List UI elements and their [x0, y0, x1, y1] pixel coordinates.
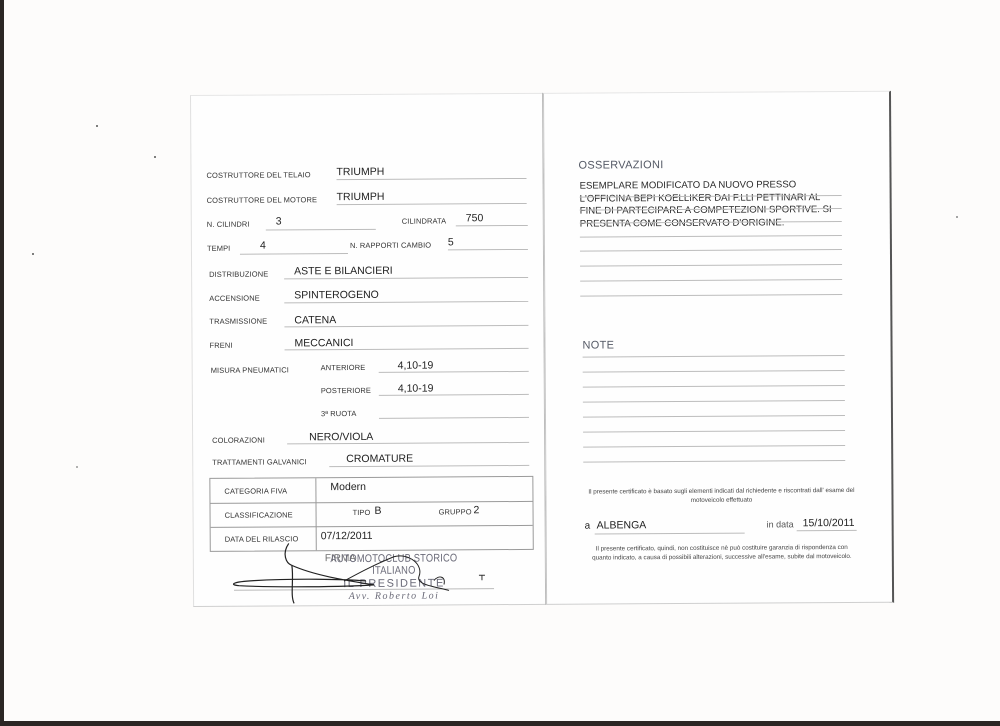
- field-underline: [329, 465, 529, 467]
- distribuzione-value: ASTE E BILANCIERI: [294, 265, 393, 278]
- costruttore-motore-value: TRIUMPH: [337, 191, 385, 203]
- field-underline: [595, 533, 745, 535]
- freni-label: FRENI: [210, 341, 233, 350]
- freni-value: MECCANICI: [294, 337, 353, 349]
- costruttore-motore-label: COSTRUTTORE DEL MOTORE: [207, 195, 317, 205]
- field-underline: [284, 301, 528, 303]
- field-underline: [337, 203, 527, 205]
- ruled-line: [583, 415, 845, 418]
- terza-ruota-label: 3ª RUOTA: [321, 409, 357, 418]
- table-row-categoria-fiva: CATEGORIA FIVA Modern: [210, 477, 532, 504]
- osservazioni-line: FINE DI PARTECIPARE A COMPETEZIONI SPORT…: [580, 204, 850, 218]
- ruled-line: [583, 460, 845, 463]
- field-underline: [379, 371, 529, 373]
- scan-speck: [956, 216, 958, 218]
- cilindrata-label: CILINDRATA: [402, 216, 447, 225]
- field-underline: [266, 229, 376, 231]
- trasmissione-value: CATENA: [294, 314, 336, 326]
- certificate-document: COSTRUTTORE DEL TELAIO TRIUMPH COSTRUTTO…: [190, 91, 893, 607]
- ruled-line: [583, 445, 845, 448]
- n-cilindri-label: N. CILINDRI: [207, 220, 250, 229]
- gruppo-value: 2: [474, 504, 480, 516]
- scan-speck: [96, 125, 98, 127]
- scan-border-bottom: [0, 721, 1000, 726]
- ruled-line: [580, 235, 842, 238]
- ruled-line: [580, 249, 842, 252]
- ruled-line: [583, 370, 845, 373]
- field-underline: [337, 178, 527, 180]
- trattamenti-galvanici-value: CROMATURE: [346, 453, 413, 465]
- ruled-line: [580, 264, 842, 267]
- ruled-line: [580, 279, 842, 282]
- disclaimer-top: Il presente certificato è basato sugli e…: [586, 487, 856, 506]
- ruled-line: [583, 400, 845, 403]
- misura-pneumatici-label: MISURA PNEUMATICI: [211, 365, 289, 374]
- ruled-line: [580, 294, 842, 297]
- categoria-fiva-value: Modern: [330, 481, 366, 493]
- trasmissione-label: TRASMISSIONE: [209, 317, 267, 326]
- place-prefix: a: [585, 521, 591, 532]
- costruttore-telaio-value: TRIUMPH: [336, 166, 384, 178]
- date-label: in data: [767, 519, 794, 529]
- field-underline: [285, 348, 529, 350]
- official-stamp: AUTOMOTOCLUB STORICO ITALIANO IL PRESIDE…: [304, 552, 484, 602]
- place-value: ALBENGA: [597, 519, 647, 531]
- data-rilascio-label: DATA DEL RILASCIO: [225, 534, 299, 543]
- note-title: NOTE: [583, 339, 615, 351]
- field-underline: [284, 325, 528, 327]
- field-underline: [287, 442, 529, 444]
- ruled-line: [583, 430, 845, 433]
- categoria-fiva-label: CATEGORIA FIVA: [224, 486, 287, 495]
- field-underline: [379, 394, 529, 396]
- scan-speck: [32, 253, 34, 255]
- ruled-line: [583, 385, 845, 388]
- classificazione-label: CLASSIFICAZIONE: [225, 510, 293, 519]
- data-rilascio-value: 07/12/2011: [321, 530, 373, 542]
- table-row-classificazione: CLASSIFICAZIONE TIPO B GRUPPO 2: [210, 501, 532, 528]
- scan-speck: [76, 466, 78, 468]
- costruttore-telaio-label: COSTRUTTORE DEL TELAIO: [206, 170, 310, 180]
- n-rapporti-cambio-value: 5: [448, 236, 454, 248]
- distribuzione-label: DISTRIBUZIONE: [209, 270, 268, 279]
- ruled-line: [583, 355, 845, 358]
- field-underline: [797, 530, 857, 531]
- category-table: CATEGORIA FIVA Modern CLASSIFICAZIONE TI…: [209, 476, 533, 552]
- trattamenti-galvanici-label: TRATTAMENTI GALVANICI: [212, 457, 307, 467]
- tipo-value: B: [375, 505, 382, 517]
- stamp-organization: AUTOMOTOCLUB STORICO ITALIANO: [317, 552, 470, 577]
- date-value: 15/10/2011: [803, 517, 855, 529]
- table-row-data-rilascio: DATA DEL RILASCIO 07/12/2011: [211, 525, 533, 551]
- n-rapporti-cambio-label: N. RAPPORTI CAMBIO: [350, 241, 431, 250]
- n-cilindri-value: 3: [276, 215, 282, 227]
- scan-speck: [154, 156, 156, 158]
- scan-border-left: [0, 0, 4, 726]
- tipo-label: TIPO: [353, 508, 371, 517]
- tempi-value: 4: [260, 240, 266, 252]
- posteriore-label: POSTERIORE: [321, 386, 371, 395]
- posteriore-value: 4,10-19: [398, 383, 434, 395]
- field-underline: [379, 417, 529, 419]
- field-underline: [240, 253, 348, 255]
- field-underline: [448, 249, 528, 250]
- tempi-label: TEMPI: [207, 244, 230, 253]
- gruppo-label: GRUPPO: [439, 507, 472, 516]
- anteriore-value: 4,10-19: [398, 360, 434, 372]
- accensione-value: SPINTEROGENO: [294, 289, 379, 302]
- osservazioni-line: PRESENTA COME CONSERVATO D'ORIGINE.: [580, 216, 850, 230]
- field-underline: [284, 277, 528, 279]
- colorazioni-value: NERO/VIOLA: [309, 431, 373, 443]
- cilindrata-value: 750: [466, 212, 484, 224]
- field-underline: [456, 225, 528, 226]
- accensione-label: ACCENSIONE: [209, 294, 260, 303]
- disclaimer-bottom: Il presente certificato, quindi, non cos…: [587, 544, 857, 563]
- stamp-name: Avv. Roberto Loi: [304, 590, 484, 602]
- colorazioni-label: COLORAZIONI: [212, 436, 265, 445]
- left-page: COSTRUTTORE DEL TELAIO TRIUMPH COSTRUTTO…: [190, 93, 546, 607]
- osservazioni-title: OSSERVAZIONI: [578, 159, 663, 172]
- anteriore-label: ANTERIORE: [321, 363, 366, 372]
- right-page: OSSERVAZIONI ESEMPLARE MODIFICATO DA NUO…: [543, 91, 894, 605]
